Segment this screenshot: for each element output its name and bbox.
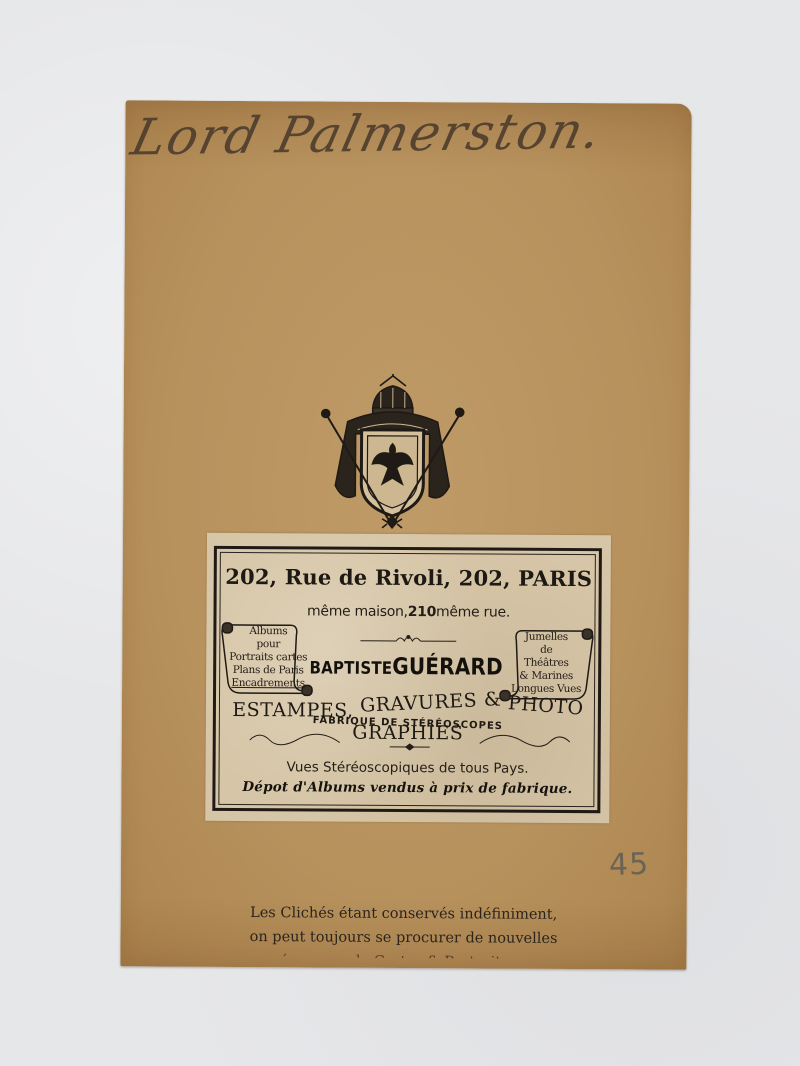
scroll-line: Théâtres: [498, 657, 594, 671]
photographer-name: BaptisteGUÉRARD: [306, 652, 506, 681]
sub-address-number: 210: [408, 604, 436, 620]
scroll-line: de: [498, 644, 594, 658]
scroll-line: Albums: [220, 625, 316, 639]
photographer-label: 202, Rue de Rivoli, 202, PARIS même mais…: [205, 533, 611, 823]
depot-line: Dépot d'Albums vendus à prix de fabrique…: [205, 779, 609, 797]
pencil-inventory-number: 45: [608, 847, 649, 883]
sub-address-suffix: même rue.: [436, 604, 510, 620]
trade-word: PHOTO: [507, 692, 584, 720]
trade-word: &: [484, 688, 502, 710]
right-scroll-text: Jumelles de Théâtres & Marines Longues V…: [498, 631, 594, 697]
vues-line: Vues Stéréoscopiques de tous Pays.: [206, 759, 610, 777]
scroll-line: pour: [220, 638, 316, 652]
studio-address: 202, Rue de Rivoli, 202, PARIS: [207, 564, 611, 591]
left-scroll-banner: Albums pour Portraits cartes Plans de Pa…: [220, 621, 316, 700]
photographer-last-name: GUÉRARD: [392, 652, 503, 680]
flourish-divider-icon: [240, 728, 580, 756]
scroll-line: Jumelles: [498, 631, 594, 645]
scroll-line: & Marines: [498, 670, 594, 684]
bottom-notice-line: on peut toujours se procurer de nouvelle…: [120, 924, 686, 951]
bottom-notice-line: Les Clichés étant conservés indéfiniment…: [121, 900, 687, 927]
bottom-notice: Les Clichés étant conservés indéfiniment…: [120, 900, 686, 959]
scroll-line: Encadrements: [220, 677, 316, 691]
scroll-line: Portraits cartes: [220, 651, 316, 665]
trade-word: GRAVURES: [360, 689, 478, 716]
sub-address-prefix: même maison,: [307, 603, 408, 620]
carte-de-visite-card: Lord Palmerston.: [120, 100, 691, 969]
left-scroll-text: Albums pour Portraits cartes Plans de Pa…: [220, 625, 316, 691]
imperial-coat-of-arms-icon: [317, 373, 468, 536]
studio-sub-address: même maison,210même rue.: [206, 603, 610, 621]
photographer-first-name: Baptiste: [309, 657, 392, 678]
fleuron-divider-icon: [360, 631, 456, 644]
scroll-line: Plans de Paris: [220, 664, 316, 678]
handwritten-inscription: Lord Palmerston.: [126, 101, 660, 167]
